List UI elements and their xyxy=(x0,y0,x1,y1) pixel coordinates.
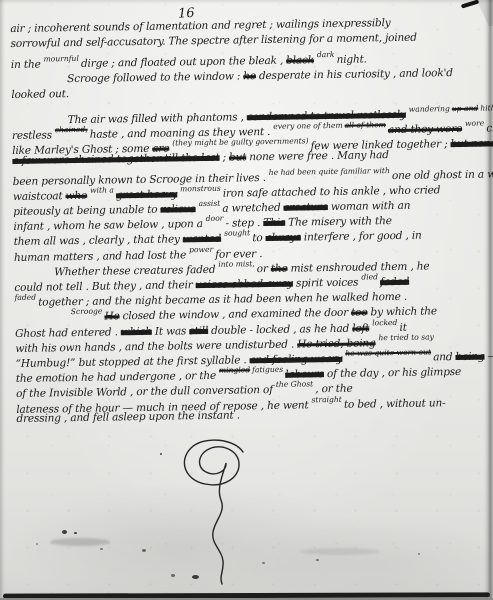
obliterated-text: always xyxy=(265,232,300,245)
inserted-text: monstrous xyxy=(180,184,221,194)
inserted-text: into mist, xyxy=(218,259,254,269)
manuscript-text-run: none were free . Many had xyxy=(249,149,389,163)
inserted-text: the Ghost xyxy=(276,380,313,390)
struck-insertion: up and xyxy=(452,104,479,113)
inserted-text: faded xyxy=(14,293,36,302)
ink-speck xyxy=(262,562,265,564)
page-edge-right xyxy=(484,0,493,600)
ink-speck xyxy=(142,549,146,552)
ink-speck xyxy=(36,543,38,545)
struck-insertion: he was quite worn out xyxy=(345,347,431,357)
manuscript-text-run: night. xyxy=(336,54,366,66)
inserted-text: dark xyxy=(317,50,335,59)
struck-text: he xyxy=(243,70,256,82)
manuscript-scan: 16 air ; incoherent sounds of lamentatio… xyxy=(0,0,493,600)
ink-speck xyxy=(171,574,175,577)
inserted-text: door xyxy=(206,214,224,223)
inserted-text: (they might be guilty governments) xyxy=(172,137,308,148)
manuscript-text-run: Scrooge followed to the window : xyxy=(67,70,240,85)
manuscript-body: 16 air ; incoherent sounds of lamentatio… xyxy=(10,1,493,426)
page-edge-top xyxy=(0,0,493,4)
inserted-text: power xyxy=(189,244,213,253)
ink-speck xyxy=(160,453,162,455)
manuscript-text-run: to bed , without un- xyxy=(344,397,446,411)
inserted-text: straight xyxy=(311,394,341,403)
ink-speck xyxy=(74,532,77,534)
manuscript-text-run: desperate in his curiosity , and look'd xyxy=(259,67,453,82)
struck-text: but xyxy=(229,151,246,163)
struck-insertion: chained, xyxy=(55,125,88,135)
manuscript-text-run: ; xyxy=(222,151,226,163)
manuscript-text-run: dressing , and fell asleep upon the inst… xyxy=(16,409,240,425)
inserted-text: wandering xyxy=(409,104,450,114)
inserted-text: every one of them xyxy=(273,121,343,131)
inserted-text: locked xyxy=(372,318,397,327)
manuscript-text-run: looked out. xyxy=(11,88,69,101)
ink-speck xyxy=(192,575,199,579)
inserted-text: he had been quite familiar with xyxy=(269,166,390,177)
inserted-text: with a xyxy=(90,185,114,194)
ink-speck xyxy=(62,530,67,534)
inserted-text: he tried to say xyxy=(378,332,434,342)
manuscript-text-run: in the xyxy=(11,59,41,71)
page-edge-left xyxy=(0,0,5,600)
inserted-text: Scrooge xyxy=(71,307,103,316)
ink-speck xyxy=(418,553,420,555)
struck-insertion: mingled xyxy=(219,365,250,374)
inserted-text: wore xyxy=(465,119,484,128)
ink-speck xyxy=(100,548,103,550)
inserted-text: died xyxy=(361,272,378,281)
inserted-text: fatigues xyxy=(252,365,283,374)
ink-speck xyxy=(316,559,319,561)
obliterated-text: a few were chained together till the las… xyxy=(12,151,219,166)
smudge-stain xyxy=(300,548,380,555)
smudge-stain xyxy=(50,538,110,546)
struck-text: black xyxy=(286,55,314,67)
inserted-text: sought xyxy=(224,229,250,238)
inserted-text: mournful xyxy=(43,54,78,64)
struck-insertion: all of them xyxy=(345,120,386,130)
manuscript-text-run: interfere , for good , in xyxy=(304,230,422,244)
manuscript-text: air ; incoherent sounds of lamentation a… xyxy=(10,14,493,426)
inserted-text: assist xyxy=(198,199,220,208)
page-number: 16 xyxy=(178,6,195,22)
